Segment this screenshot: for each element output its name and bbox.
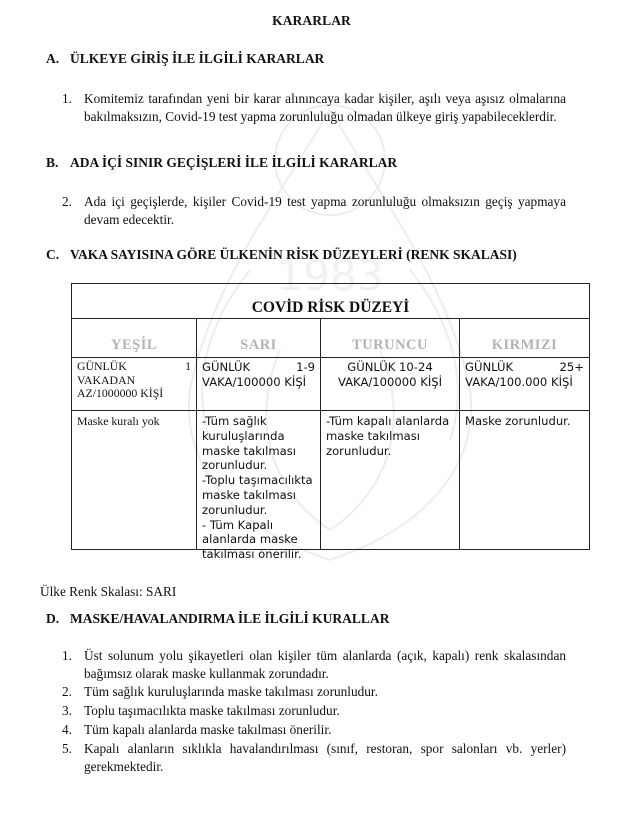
- rule-text: -Tüm kapalı alanlarda maske takılması zo…: [326, 414, 454, 458]
- document-page: KARARLAR A.ÜLKEYE GİRİŞ İLE İLGİLİ KARAR…: [0, 0, 623, 814]
- risk-table-title: COVİD RİSK DÜZEYİ: [72, 284, 589, 319]
- section-d-heading: D.MASKE/HAVALANDIRMA İLE İLGİLİ KURALLAR: [46, 611, 389, 627]
- risk-column-red: KIRMIZI GÜNLÜK25+ VAKA/100.000 KİŞİ Mask…: [460, 319, 589, 550]
- level-case-threshold: GÜNLÜK 10-24 VAKA/100000 KİŞİ: [321, 358, 459, 411]
- level-case-threshold: GÜNLÜK1 VAKADAN AZ/1000000 KİŞİ: [72, 358, 196, 411]
- rule-text: -Tüm sağlık kuruluşlarında maske takılma…: [202, 414, 315, 473]
- cases-unit: VAKA/100.000 KİŞİ: [465, 375, 584, 390]
- cases-label: GÜNLÜK: [202, 360, 250, 375]
- item-number: 3.: [62, 702, 80, 720]
- level-rules: -Tüm kapalı alanlarda maske takılması zo…: [321, 411, 459, 461]
- country-scale-note: Ülke Renk Skalası: SARI: [40, 584, 176, 600]
- list-item: 1. Komitemiz tarafından yeni bir karar a…: [62, 90, 566, 126]
- item-number: 2.: [62, 193, 80, 211]
- rule-text: Maske zorunludur.: [465, 414, 584, 429]
- item-number: 4.: [62, 721, 80, 739]
- cases-value: 1: [185, 360, 191, 374]
- section-title: ADA İÇİ SINIR GEÇİŞLERİ İLE İLGİLİ KARAR…: [70, 155, 397, 170]
- section-letter: C.: [46, 247, 70, 263]
- item-number: 1.: [62, 90, 80, 108]
- section-c-heading: C.VAKA SAYISINA GÖRE ÜLKENİN RİSK DÜZEYL…: [46, 247, 517, 263]
- risk-column-orange: TURUNCU GÜNLÜK 10-24 VAKA/100000 KİŞİ -T…: [321, 319, 460, 550]
- cases-label: GÜNLÜK 10-24: [326, 360, 454, 375]
- document-title: KARARLAR: [0, 13, 623, 29]
- level-case-threshold: GÜNLÜK25+ VAKA/100.000 KİŞİ: [460, 358, 589, 411]
- item-number: 2.: [62, 683, 80, 701]
- rule-text: -Toplu taşımacılıkta maske takılması zor…: [202, 473, 315, 517]
- item-number: 1.: [62, 647, 80, 665]
- rule-text: - Tüm Kapalı alanlarda maske takılması ö…: [202, 518, 315, 562]
- level-header: TURUNCU: [321, 319, 459, 358]
- cases-unit: VAKA/100000 KİŞİ: [202, 375, 315, 390]
- item-text: Üst solunum yolu şikayetleri olan kişile…: [84, 647, 566, 683]
- list-item: 1. Üst solunum yolu şikayetleri olan kiş…: [62, 647, 566, 683]
- list-item: 4. Tüm kapalı alanlarda maske takılması …: [62, 721, 566, 739]
- level-header: KIRMIZI: [460, 319, 589, 358]
- cases-value: 25+: [560, 360, 584, 375]
- cases-label: GÜNLÜK: [77, 360, 127, 374]
- rule-text: Maske kuralı yok: [77, 414, 191, 429]
- item-number: 5.: [62, 740, 80, 758]
- section-letter: D.: [46, 611, 70, 627]
- section-letter: B.: [46, 155, 70, 171]
- cases-unit: VAKADAN AZ/1000000 KİŞİ: [77, 374, 191, 401]
- level-rules: Maske kuralı yok: [72, 411, 196, 432]
- item-text: Toplu taşımacılıkta maske takılması zoru…: [84, 702, 566, 720]
- item-text: Tüm sağlık kuruluşlarında maske takılmas…: [84, 683, 566, 701]
- item-text: Tüm kapalı alanlarda maske takılması öne…: [84, 721, 566, 739]
- level-case-threshold: GÜNLÜK1-9 VAKA/100000 KİŞİ: [197, 358, 320, 411]
- item-text: Ada içi geçişlerde, kişiler Covid-19 tes…: [84, 193, 566, 229]
- risk-column-yellow: SARI GÜNLÜK1-9 VAKA/100000 KİŞİ -Tüm sağ…: [197, 319, 321, 550]
- section-title: VAKA SAYISINA GÖRE ÜLKENİN RİSK DÜZEYLER…: [70, 247, 517, 262]
- list-item: 3. Toplu taşımacılıkta maske takılması z…: [62, 702, 566, 720]
- list-item: 2. Ada içi geçişlerde, kişiler Covid-19 …: [62, 193, 566, 229]
- level-rules: Maske zorunludur.: [460, 411, 589, 432]
- cases-unit: VAKA/100000 KİŞİ: [326, 375, 454, 390]
- risk-column-green: YEŞİL GÜNLÜK1 VAKADAN AZ/1000000 KİŞİ Ma…: [72, 319, 197, 550]
- section-a-heading: A.ÜLKEYE GİRİŞ İLE İLGİLİ KARARLAR: [46, 51, 324, 67]
- section-b-heading: B.ADA İÇİ SINIR GEÇİŞLERİ İLE İLGİLİ KAR…: [46, 155, 397, 171]
- cases-value: 1-9: [296, 360, 315, 375]
- section-title: ÜLKEYE GİRİŞ İLE İLGİLİ KARARLAR: [70, 51, 324, 66]
- list-item: 2. Tüm sağlık kuruluşlarında maske takıl…: [62, 683, 566, 701]
- risk-level-table: COVİD RİSK DÜZEYİ YEŞİL GÜNLÜK1 VAKADAN …: [71, 283, 590, 550]
- level-header: SARI: [197, 319, 320, 358]
- level-rules: -Tüm sağlık kuruluşlarında maske takılma…: [197, 411, 320, 565]
- section-title: MASKE/HAVALANDIRMA İLE İLGİLİ KURALLAR: [70, 611, 389, 626]
- item-text: Kapalı alanların sıklıkla havalandırılma…: [84, 740, 566, 776]
- level-header: YEŞİL: [72, 319, 196, 358]
- cases-label: GÜNLÜK: [465, 360, 513, 375]
- list-item: 5. Kapalı alanların sıklıkla havalandırı…: [62, 740, 566, 776]
- item-text: Komitemiz tarafından yeni bir karar alın…: [84, 90, 566, 126]
- section-letter: A.: [46, 51, 70, 67]
